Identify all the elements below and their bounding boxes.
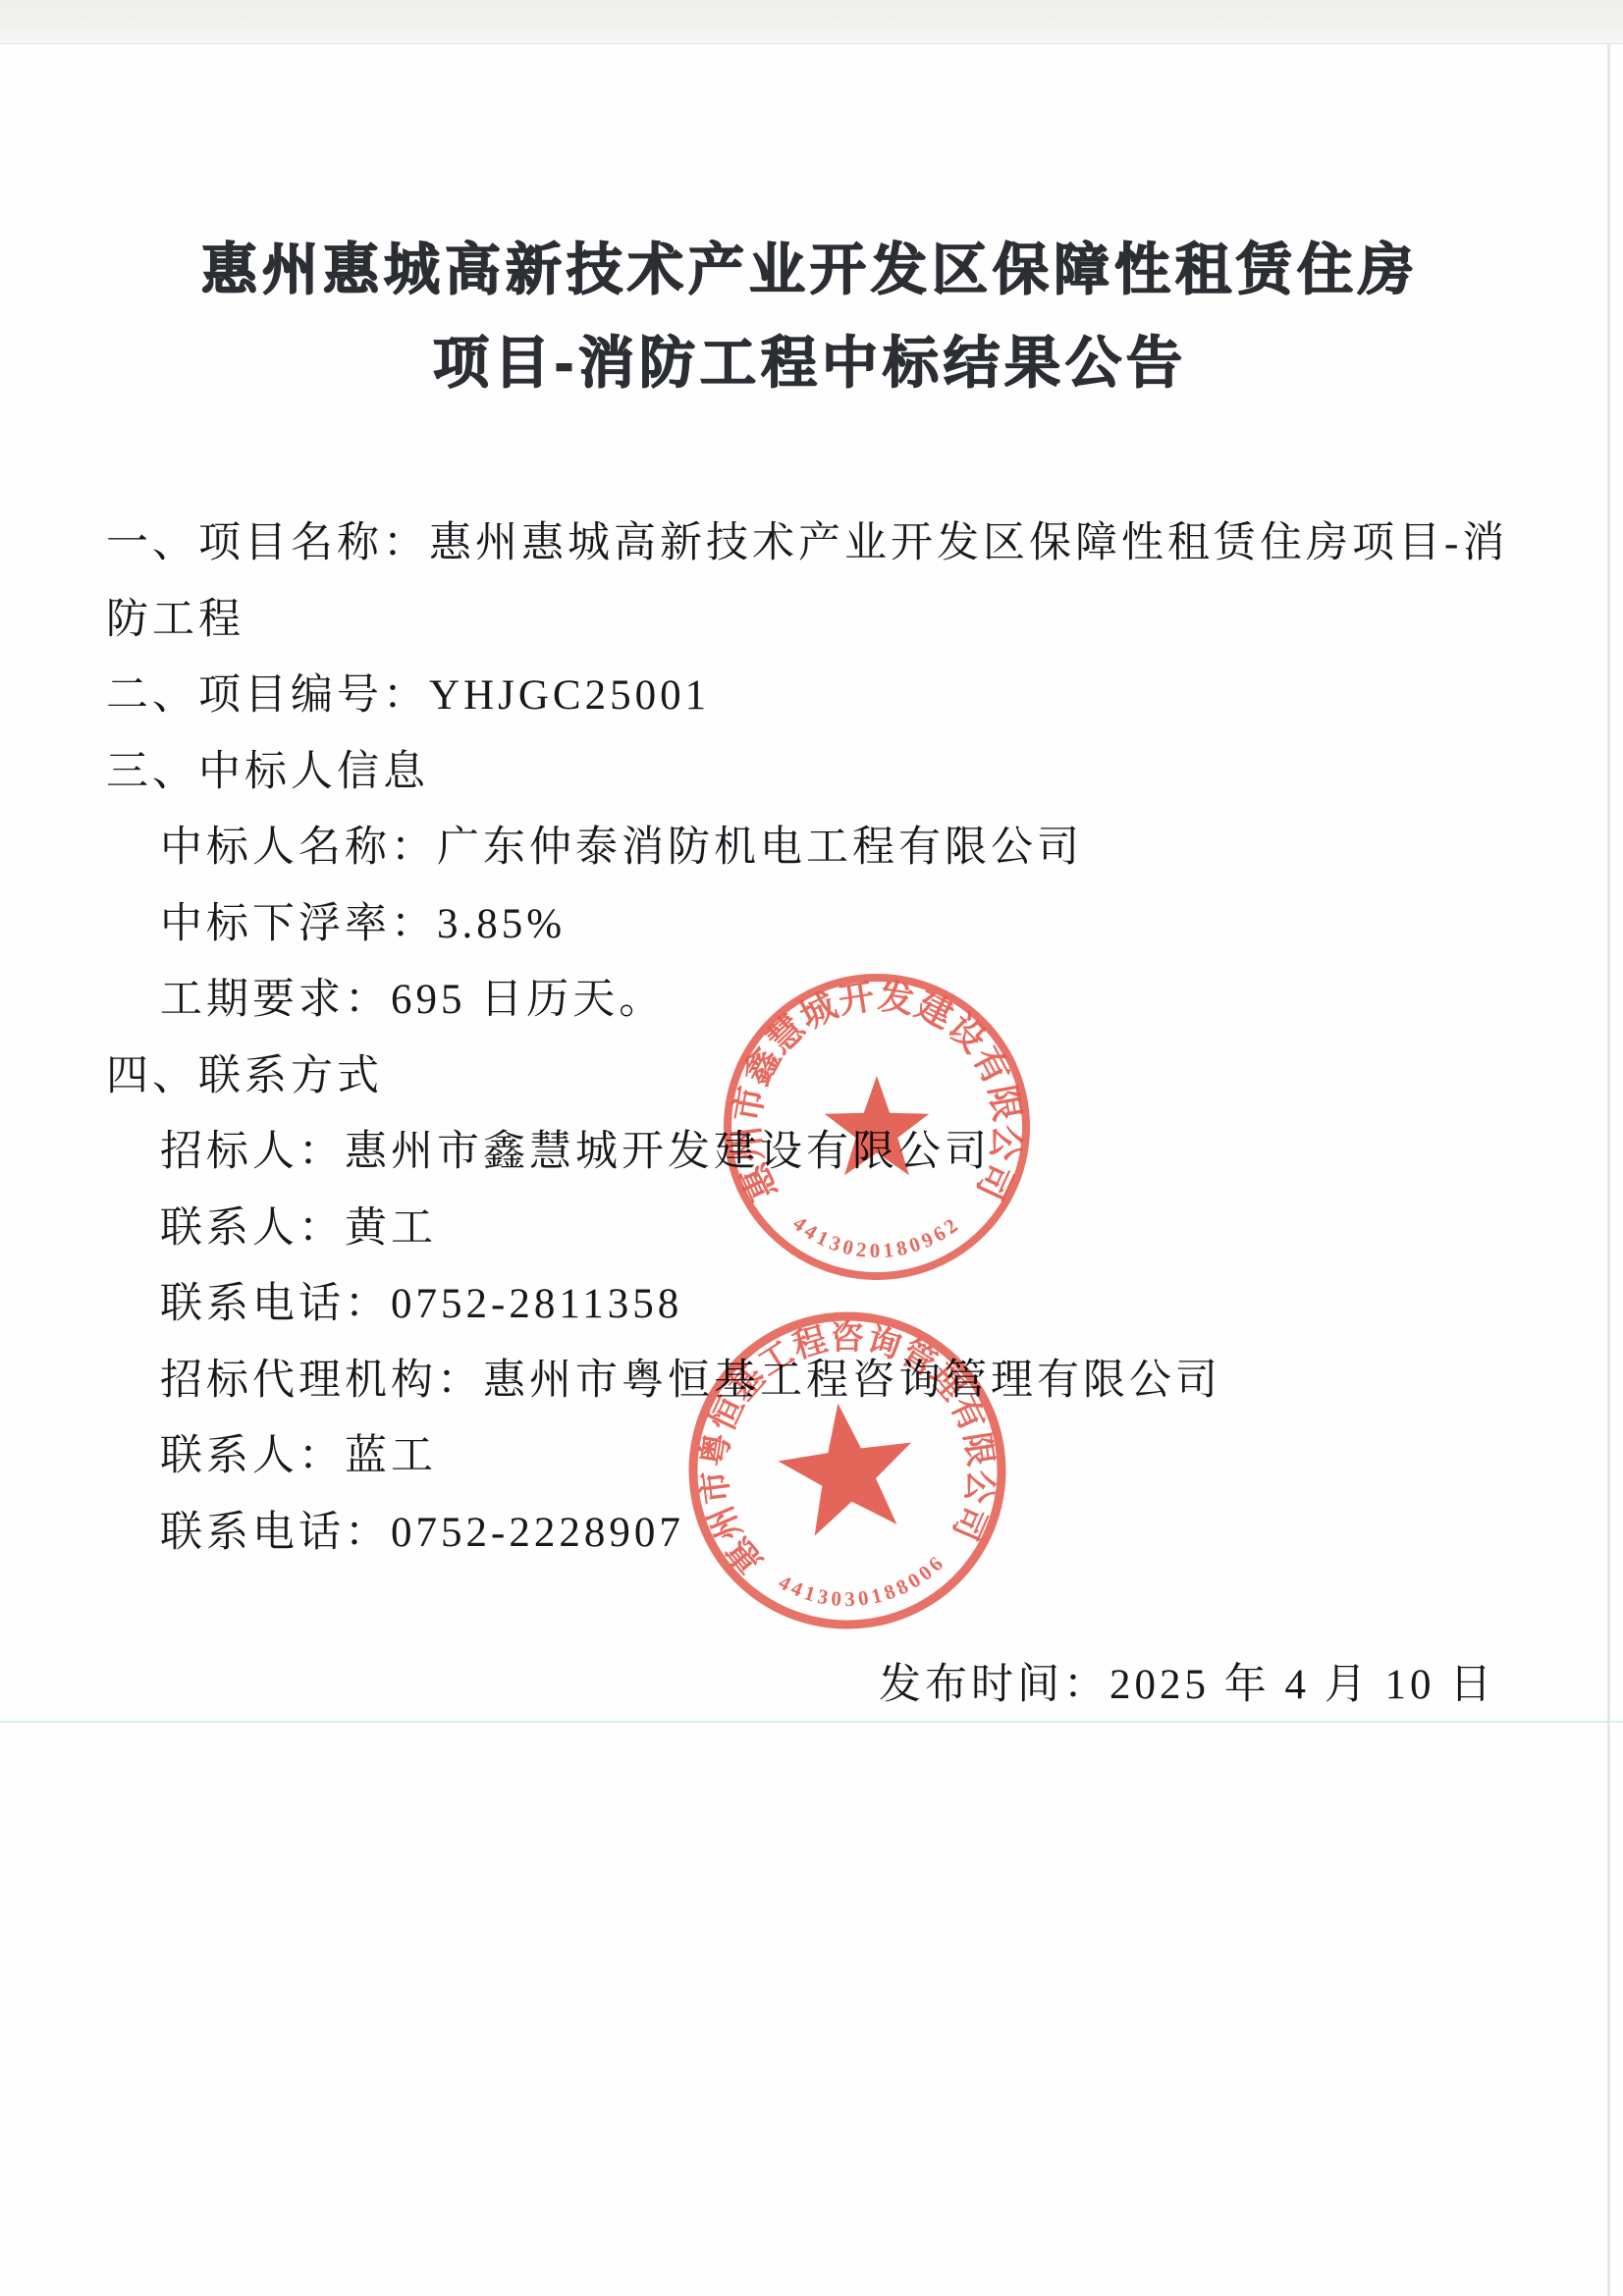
body-line: 一、项目名称：惠州惠城高新技术产业开发区保障性租赁住房项目-消 <box>106 506 1510 582</box>
body-line: 中标人名称：广东仲泰消防机电工程有限公司 <box>106 810 1510 886</box>
page-edge-shadow <box>1607 43 1610 2296</box>
scan-artifact-line <box>0 1721 1623 1723</box>
title-line-1: 惠州惠城高新技术产业开发区保障性租赁住房 <box>108 224 1512 317</box>
star-icon <box>772 1394 923 1539</box>
body-line: 三、中标人信息 <box>106 734 1510 811</box>
publish-date: 发布时间：2025 年 4 月 10 日 <box>879 1651 1495 1711</box>
svg-text:4413030188006: 4413030188006 <box>772 1547 954 1622</box>
svg-text:4413020180962: 4413020180962 <box>788 1211 965 1262</box>
official-seal-stamp-agency: 惠州市粤恒基工程咨询管理有限公司 4413030188006 <box>642 1265 1053 1676</box>
scan-edge-top <box>0 0 1623 44</box>
body-line: 二、项目编号：YHJGC25001 <box>106 658 1510 734</box>
page-title: 惠州惠城高新技术产业开发区保障性租赁住房 项目-消防工程中标结果公告 <box>108 224 1512 410</box>
official-seal-stamp-tenderer: 惠州市鑫慧城开发建设有限公司 4413020180962 <box>700 950 1054 1304</box>
seal-registration-number: 4413020180962 <box>788 1211 965 1262</box>
seal-registration-number: 4413030188006 <box>772 1547 954 1622</box>
body-line: 防工程 <box>106 582 1510 659</box>
title-line-2: 项目-消防工程中标结果公告 <box>108 317 1512 410</box>
document-page: 惠州惠城高新技术产业开发区保障性租赁住房 项目-消防工程中标结果公告 一、项目名… <box>0 0 1623 2296</box>
star-icon <box>825 1076 930 1175</box>
